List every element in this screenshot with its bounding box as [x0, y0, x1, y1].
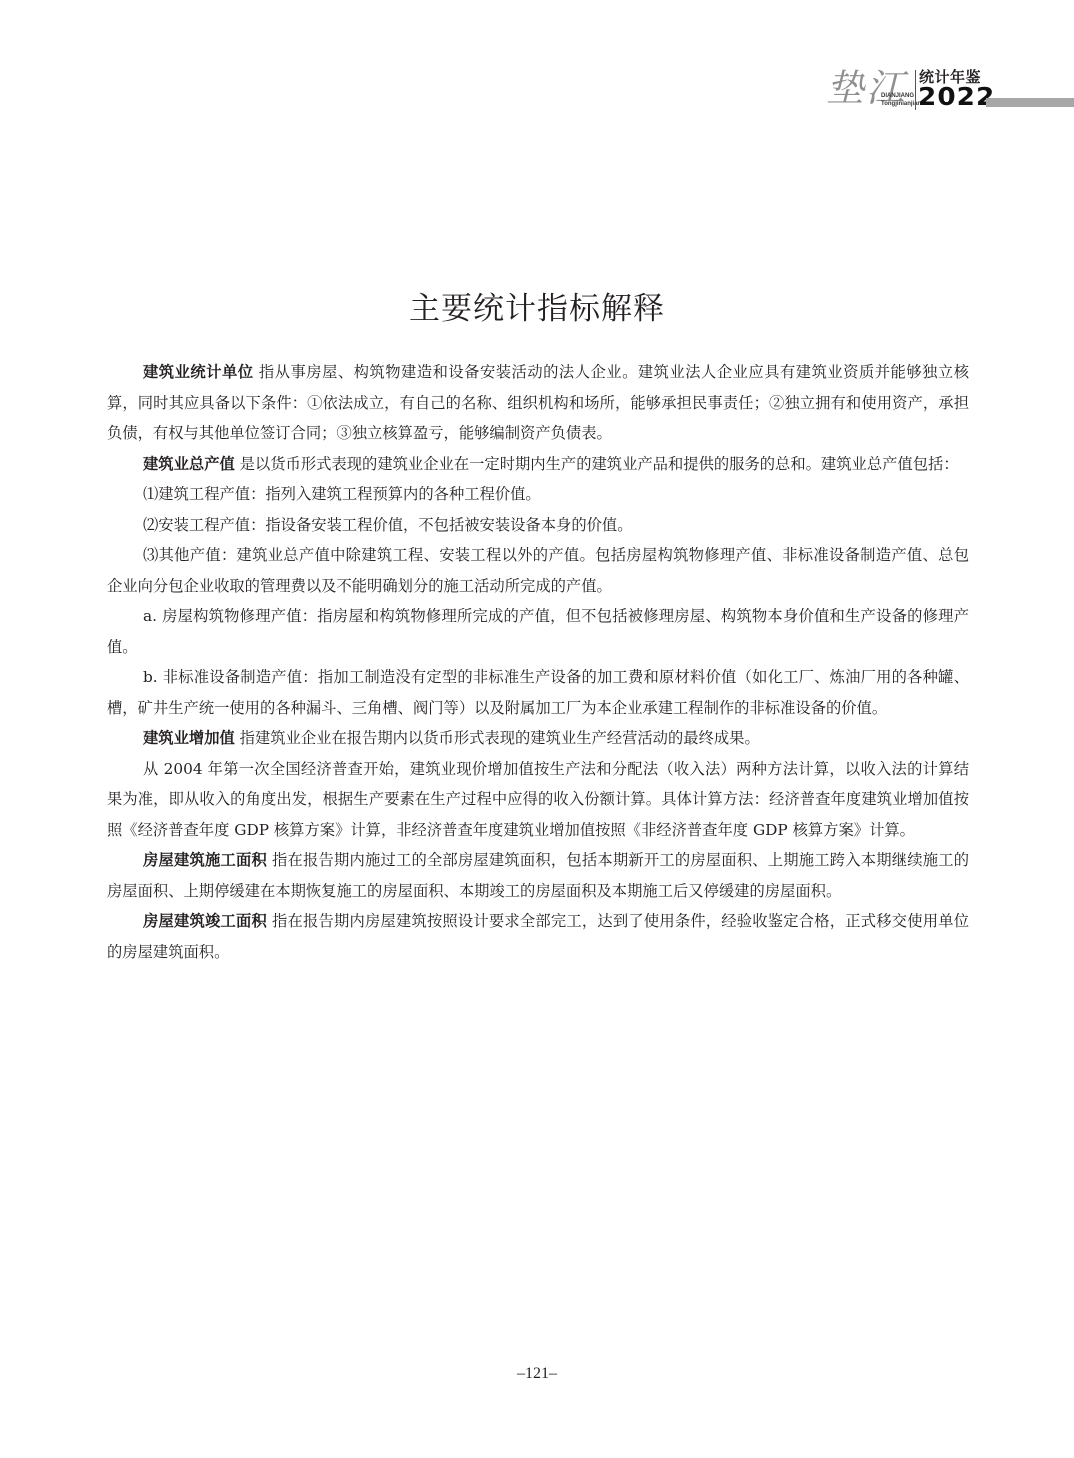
paragraph: ⑶其他产值：建筑业总产值中除建筑工程、安装工程以外的产值。包括房屋构筑物修理产值… [107, 540, 969, 601]
paragraph-text: b. 非标准设备制造产值：指加工制造没有定型的非标准生产设备的加工费和原材料价值… [107, 668, 969, 717]
document-body: 建筑业统计单位 指从事房屋、构筑物建造和设备安装活动的法人企业。建筑业法人企业应… [107, 357, 969, 967]
logo-pinyin-line2: Tongjinianjian [881, 100, 913, 108]
term-heading: 建筑业总产值 [143, 455, 235, 473]
paragraph-text: ⑵安装工程产值：指设备安装工程价值，不包括被安装设备本身的价值。 [143, 516, 633, 534]
paragraph: 建筑业增加值 指建筑业企业在报告期内以货币形式表现的建筑业生产经营活动的最终成果… [107, 723, 969, 754]
logo-pinyin-line1: DIANJIANG [881, 92, 913, 100]
logo-pinyin: DIANJIANG Tongjinianjian [881, 92, 913, 108]
paragraph: 房屋建筑竣工面积 指在报告期内房屋建筑按照设计要求全部完工，达到了使用条件，经验… [107, 906, 969, 967]
paragraph: a. 房屋构筑物修理产值：指房屋和构筑物修理所完成的产值，但不包括被修理房屋、构… [107, 601, 969, 662]
paragraph-text: ⑶其他产值：建筑业总产值中除建筑工程、安装工程以外的产值。包括房屋构筑物修理产值… [107, 546, 969, 595]
paragraph: 房屋建筑施工面积 指在报告期内施过工的全部房屋建筑面积，包括本期新开工的房屋面积… [107, 845, 969, 906]
term-heading: 建筑业增加值 [143, 729, 235, 747]
paragraph: ⑵安装工程产值：指设备安装工程价值，不包括被安装设备本身的价值。 [107, 510, 969, 541]
header-decorative-bar [986, 98, 1074, 107]
paragraph-text: ⑴建筑工程产值：指列入建筑工程预算内的各种工程价值。 [143, 485, 541, 503]
term-heading: 房屋建筑施工面积 [143, 851, 267, 869]
paragraph: 建筑业总产值 是以货币形式表现的建筑业企业在一定时期内生产的建筑业产品和提供的服… [107, 449, 969, 480]
paragraph-text: 是以货币形式表现的建筑业企业在一定时期内生产的建筑业产品和提供的服务的总和。建筑… [235, 455, 959, 473]
publication-year: 2022 [918, 83, 995, 111]
term-heading: 房屋建筑竣工面积 [143, 912, 267, 930]
page-number: –121– [0, 1365, 1074, 1383]
paragraph: ⑴建筑工程产值：指列入建筑工程预算内的各种工程价值。 [107, 479, 969, 510]
page-title: 主要统计指标解释 [0, 283, 1074, 328]
paragraph: b. 非标准设备制造产值：指加工制造没有定型的非标准生产设备的加工费和原材料价值… [107, 662, 969, 723]
paragraph-text: 指建筑业企业在报告期内以货币形式表现的建筑业生产经营活动的最终成果。 [235, 729, 760, 747]
paragraph: 从 2004 年第一次全国经济普查开始，建筑业现价增加值按生产法和分配法（收入法… [107, 754, 969, 846]
paragraph: 建筑业统计单位 指从事房屋、构筑物建造和设备安装活动的法人企业。建筑业法人企业应… [107, 357, 969, 449]
paragraph-text: a. 房屋构筑物修理产值：指房屋和构筑物修理所完成的产值，但不包括被修理房屋、构… [107, 607, 969, 656]
term-heading: 建筑业统计单位 [143, 363, 254, 381]
page-header: 垫江 DIANJIANG Tongjinianjian 统计年鉴 2022 [826, 62, 1074, 122]
logo-divider [915, 70, 916, 110]
paragraph-text: 从 2004 年第一次全国经济普查开始，建筑业现价增加值按生产法和分配法（收入法… [107, 760, 969, 839]
